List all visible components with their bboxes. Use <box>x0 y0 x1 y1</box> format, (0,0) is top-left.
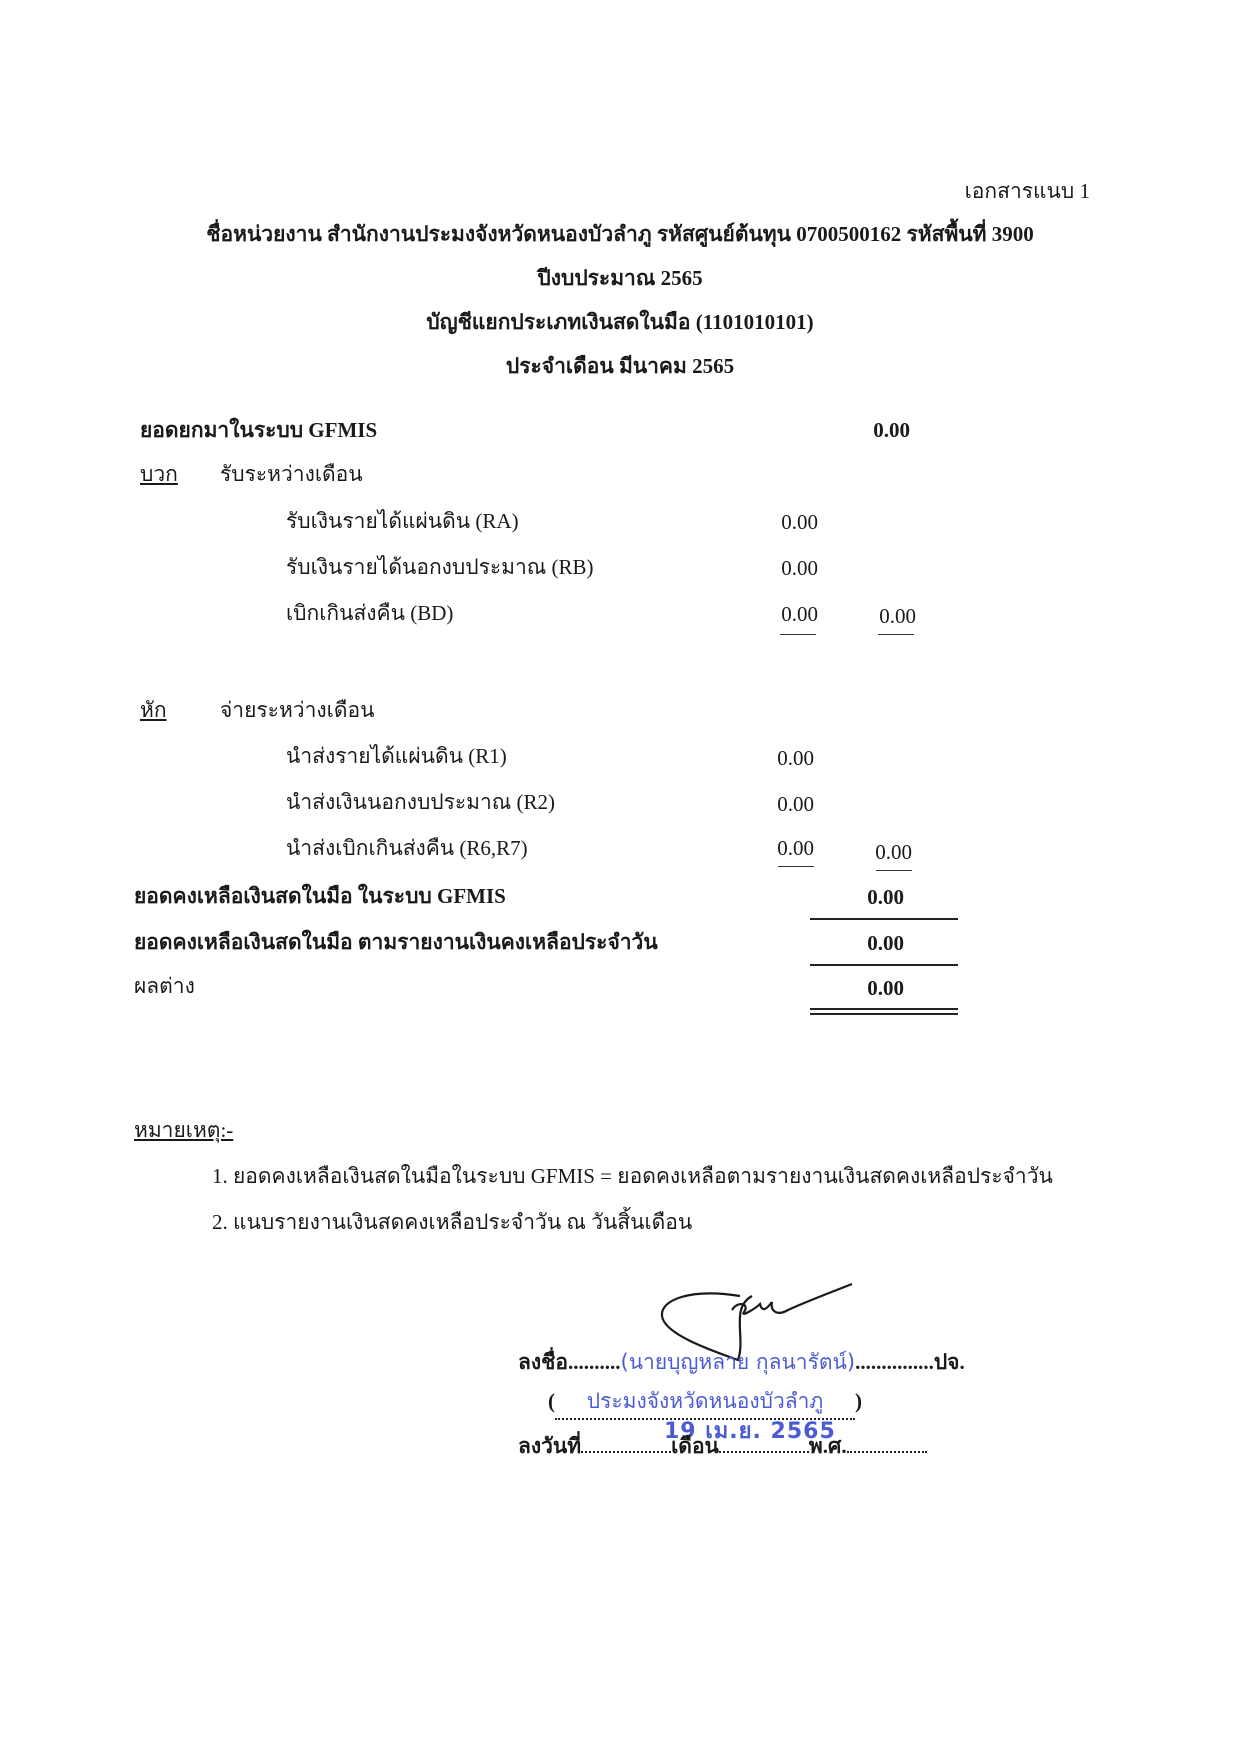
less-subtotal-underline <box>778 866 814 867</box>
note-item: 2. แนบรายงานเงินสดคงเหลือประจำวัน ณ วันส… <box>212 1206 692 1239</box>
less-total: 0.00 <box>842 840 912 865</box>
add-item-amount: 0.00 <box>748 602 818 627</box>
less-item-label: นำส่งเบิกเกินส่งคืน (R6,R7) <box>286 832 528 865</box>
organization-line: ชื่อหน่วยงาน สำนักงานประมงจังหวัดหนองบัว… <box>0 218 1240 251</box>
notes-title: หมายเหตุ:- <box>134 1114 233 1147</box>
sign-prefix: ลงชื่อ <box>518 1350 568 1374</box>
add-section-label: รับระหว่างเดือน <box>220 458 363 491</box>
add-item-label: รับเงินรายได้นอกงบประมาณ (RB) <box>286 551 594 584</box>
add-total: 0.00 <box>846 604 916 629</box>
month-label: เดือน <box>671 1434 719 1458</box>
add-total-underline <box>878 634 914 635</box>
opening-balance-label: ยอดยกมาในระบบ GFMIS <box>140 414 377 447</box>
add-item-label: รับเงินรายได้แผ่นดิน (RA) <box>286 505 519 538</box>
double-underline-top <box>810 1008 958 1010</box>
summary-daily-report-amount: 0.00 <box>834 931 904 956</box>
less-total-underline <box>876 870 912 871</box>
summary-line <box>810 918 958 920</box>
less-item-amount: 0.00 <box>744 836 814 861</box>
less-item-amount: 0.00 <box>744 792 814 817</box>
difference-label: ผลต่าง <box>134 970 195 1003</box>
sign-dots: ............... <box>855 1350 934 1374</box>
position-open: ( <box>548 1389 555 1413</box>
sign-line: ลงชื่อ..........(นายบุญหลาย กุลนารัตน์).… <box>518 1346 965 1379</box>
year-label: พ.ศ. <box>809 1434 847 1458</box>
difference-amount: 0.00 <box>834 976 904 1001</box>
double-underline-bottom <box>810 1013 958 1015</box>
summary-gfmis-amount: 0.00 <box>834 885 904 910</box>
sign-suffix: ปจ. <box>934 1350 965 1374</box>
less-item-label: นำส่งรายได้แผ่นดิน (R1) <box>286 740 507 773</box>
summary-gfmis-label: ยอดคงเหลือเงินสดในมือ ในระบบ GFMIS <box>134 880 506 913</box>
account-title: บัญชีแยกประเภทเงินสดในมือ (1101010101) <box>0 306 1240 339</box>
add-item-amount: 0.00 <box>748 510 818 535</box>
less-item-label: นำส่งเงินนอกงบประมาณ (R2) <box>286 786 555 819</box>
summary-daily-report-label: ยอดคงเหลือเงินสดในมือ ตามรายงานเงินคงเหล… <box>134 926 658 959</box>
day-blank <box>581 1451 671 1453</box>
position-close: ) <box>855 1389 862 1413</box>
date-line: ลงวันที่เดือนพ.ศ. <box>518 1430 927 1463</box>
opening-balance-total: 0.00 <box>840 418 910 443</box>
month-blank <box>719 1451 809 1453</box>
add-item-amount: 0.00 <box>748 556 818 581</box>
add-subtotal-underline <box>780 634 816 635</box>
less-tag: หัก <box>140 694 167 727</box>
sign-dots: .......... <box>568 1350 621 1374</box>
add-tag: บวก <box>140 458 178 491</box>
note-item: 1. ยอดคงเหลือเงินสดในมือในระบบ GFMIS = ย… <box>212 1160 1053 1193</box>
add-item-label: เบิกเกินส่งคืน (BD) <box>286 597 453 630</box>
year-blank <box>847 1451 927 1453</box>
fiscal-year: ปีงบประมาณ 2565 <box>0 262 1240 295</box>
less-item-amount: 0.00 <box>744 746 814 771</box>
summary-line <box>810 964 958 966</box>
attachment-label: เอกสารแนบ 1 <box>965 175 1090 208</box>
signer-name-stamp: (นายบุญหลาย กุลนารัตน์) <box>621 1350 856 1374</box>
date-prefix: ลงวันที่ <box>518 1434 581 1458</box>
less-section-label: จ่ายระหว่างเดือน <box>220 694 374 727</box>
period: ประจำเดือน มีนาคม 2565 <box>0 350 1240 383</box>
